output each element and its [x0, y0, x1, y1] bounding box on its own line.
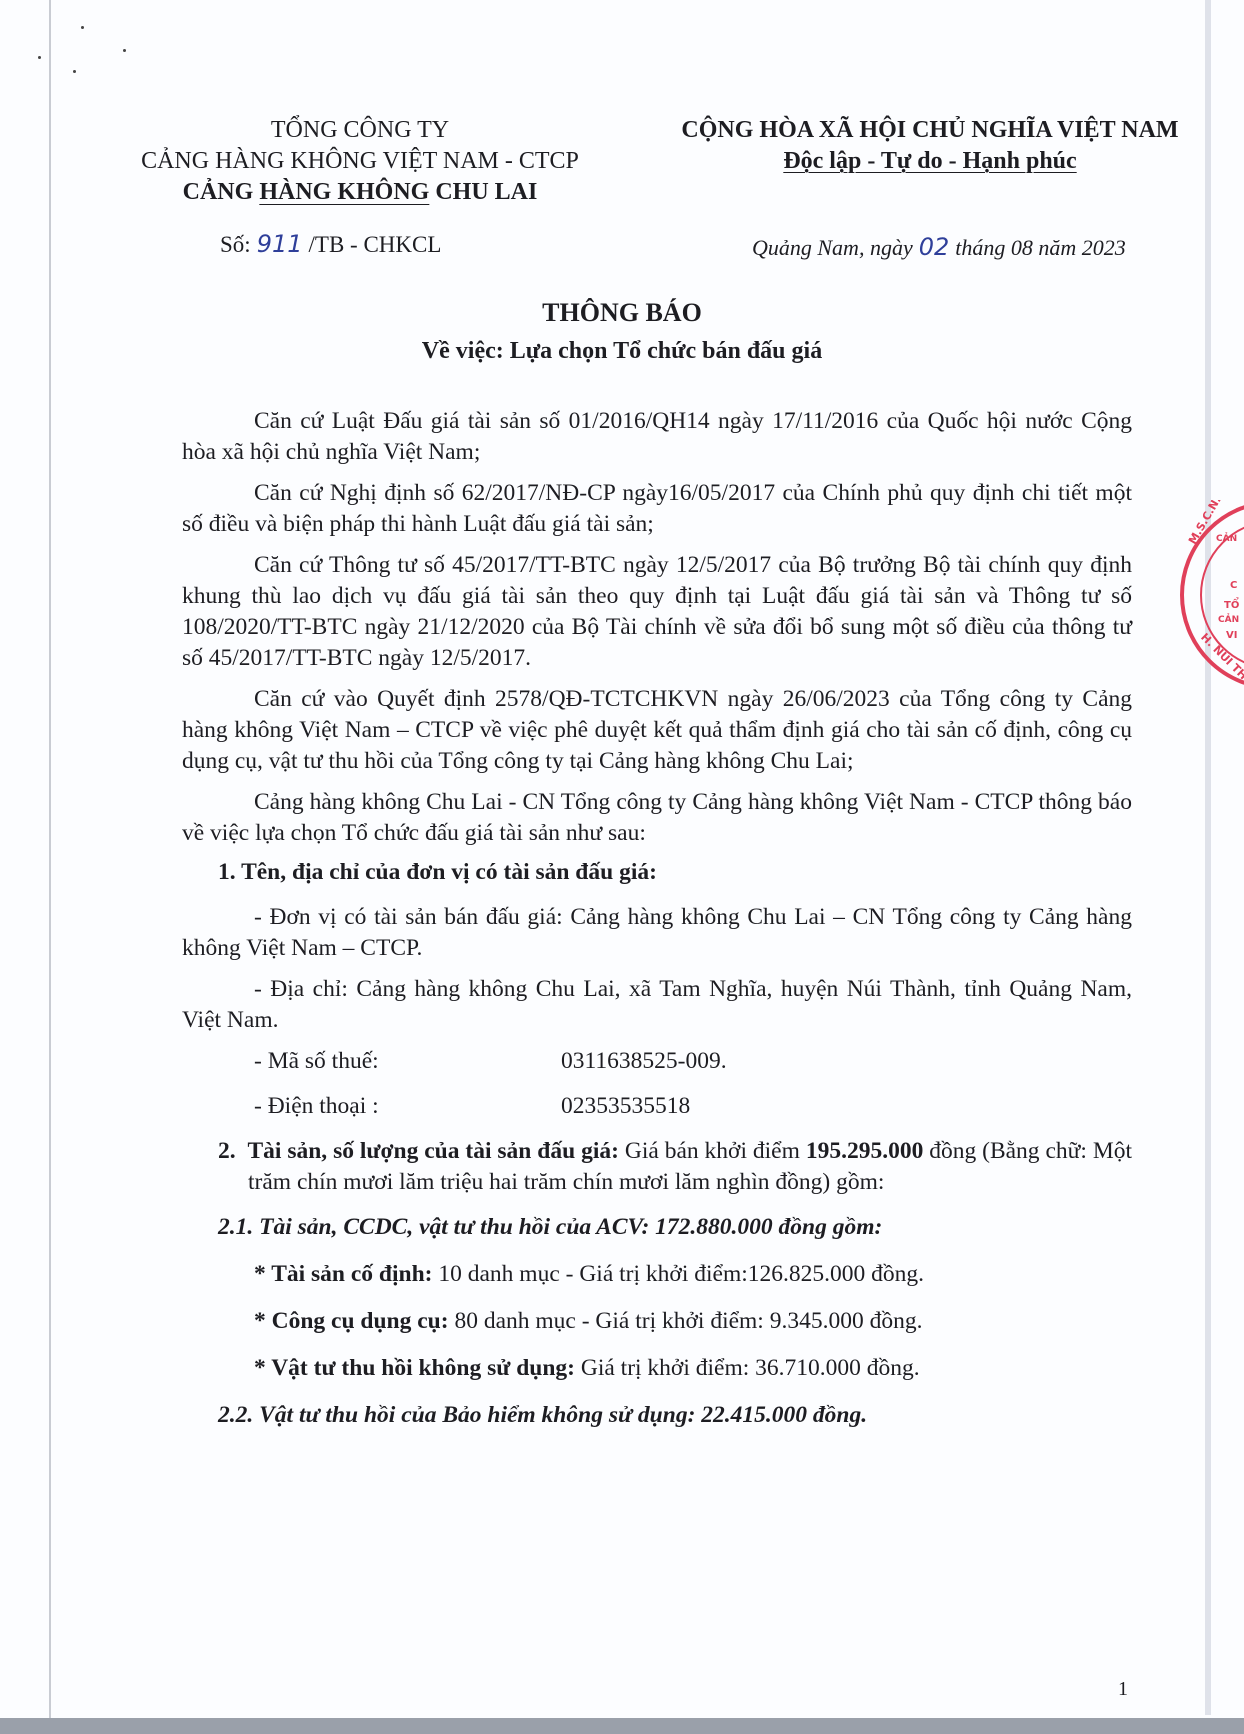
section-1-heading: 1. Tên, địa chỉ của đơn vị có tài sản đấ… — [218, 857, 1132, 888]
section-2: 2. Tài sản, số lượng của tài sản đấu giá… — [218, 1136, 1132, 1198]
legal-basis-paragraph: Căn cứ vào Quyết định 2578/QĐ-TCTCHKVN n… — [182, 684, 1132, 777]
date-suffix: tháng 08 năm 2023 — [955, 235, 1126, 260]
org-parent-line2: CẢNG HÀNG KHÔNG VIỆT NAM - CTCP — [110, 146, 610, 177]
scan-edge-left — [49, 0, 51, 1734]
document-body: Căn cứ Luật Đấu giá tài sản số 01/2016/Q… — [182, 406, 1132, 1447]
tax-code-label: - Mã số thuế: — [254, 1046, 561, 1077]
section-2-number: 2. — [218, 1138, 236, 1164]
scan-speck — [38, 56, 41, 59]
asset-item-text: 80 danh mục - Giá trị khởi điểm: 9.345.0… — [449, 1308, 923, 1334]
date-prefix: Quảng Nam, ngày — [752, 235, 913, 260]
org-parent-line1: TỔNG CÔNG TY — [110, 115, 610, 146]
org-unit-part: CHU LAI — [429, 179, 537, 205]
asset-item-label: * Công cụ dụng cụ: — [254, 1308, 449, 1334]
stamp-inner-text: CẢN — [1218, 615, 1239, 625]
tax-code-row: - Mã số thuế: 0311638525-009. — [254, 1046, 1132, 1077]
asset-item: * Tài sản cố định: 10 danh mục - Giá trị… — [254, 1259, 1132, 1290]
stamp-inner-text: VI — [1226, 630, 1237, 641]
asset-item: * Công cụ dụng cụ: 80 danh mục - Giá trị… — [254, 1306, 1132, 1337]
org-unit: CẢNG HÀNG KHÔNG CHU LAI — [110, 177, 610, 208]
stamp-inner-text: CẢN — [1216, 534, 1237, 544]
legal-basis-paragraph: Căn cứ Thông tư số 45/2017/TT-BTC ngày 1… — [182, 550, 1132, 674]
document-subtitle: Về việc: Lựa chọn Tổ chức bán đấu giá — [0, 338, 1244, 365]
phone-label: - Điện thoại : — [254, 1091, 561, 1122]
section-1-address: - Địa chỉ: Cảng hàng không Chu Lai, xã T… — [182, 974, 1132, 1036]
scan-speck — [81, 26, 84, 29]
document-title: THÔNG BÁO — [0, 298, 1244, 328]
page-number: 1 — [1118, 1678, 1128, 1701]
section-2-text: Giá bán khởi điểm — [619, 1138, 806, 1164]
document-number: Số:911/TB - CHKCL — [220, 230, 441, 258]
scan-speck — [73, 70, 76, 73]
asset-item: * Vật tư thu hồi không sử dụng: Giá trị … — [254, 1353, 1132, 1384]
tax-code-value: 0311638525-009. — [561, 1046, 727, 1077]
asset-item-label: * Tài sản cố định: — [254, 1261, 433, 1287]
stamp-inner-text: TỔ — [1224, 600, 1239, 611]
announcement-paragraph: Cảng hàng không Chu Lai - CN Tổng công t… — [182, 787, 1132, 849]
phone-row: - Điện thoại : 02353535518 — [254, 1091, 1132, 1122]
section-1-unit: - Đơn vị có tài sản bán đấu giá: Cảng hà… — [182, 902, 1132, 964]
country-name: CỘNG HÒA XÃ HỘI CHỦ NGHĨA VIỆT NAM — [650, 115, 1210, 146]
document-date: Quảng Nam, ngày02tháng 08 năm 2023 — [752, 233, 1126, 261]
phone-value: 02353535518 — [561, 1091, 690, 1122]
asset-item-text: Giá trị khởi điểm: 36.710.000 đồng. — [575, 1355, 920, 1381]
legal-basis-paragraph: Căn cứ Luật Đấu giá tài sản số 01/2016/Q… — [182, 406, 1132, 468]
org-unit-part: HÀNG KHÔNG — [259, 179, 429, 205]
asset-item-label: * Vật tư thu hồi không sử dụng: — [254, 1355, 575, 1381]
scan-edge-right — [1205, 0, 1211, 1715]
scan-speck — [123, 49, 126, 52]
subsection-2-2: 2.2. Vật tư thu hồi của Bảo hiểm không s… — [218, 1400, 1132, 1431]
starting-price-total: 195.295.000 — [806, 1138, 924, 1164]
asset-item-text: 10 danh mục - Giá trị khởi điểm:126.825.… — [433, 1261, 925, 1287]
legal-basis-paragraph: Căn cứ Nghị định số 62/2017/NĐ-CP ngày16… — [182, 478, 1132, 540]
doc-number-handwritten: 911 — [251, 230, 309, 258]
subsection-2-1: 2.1. Tài sản, CCDC, vật tư thu hồi của A… — [218, 1212, 1132, 1243]
doc-number-prefix: Số: — [220, 232, 251, 257]
section-2-heading: Tài sản, số lượng của tài sản đấu giá: — [247, 1138, 619, 1164]
national-heading: CỘNG HÒA XÃ HỘI CHỦ NGHĨA VIỆT NAM Độc l… — [650, 115, 1210, 177]
document-page: TỔNG CÔNG TY CẢNG HÀNG KHÔNG VIỆT NAM - … — [0, 0, 1244, 1734]
stamp-inner-text: C — [1230, 580, 1237, 591]
date-day-handwritten: 02 — [913, 233, 956, 261]
org-unit-part: CẢNG — [183, 179, 260, 205]
national-motto: Độc lập - Tự do - Hạnh phúc — [783, 148, 1076, 174]
doc-number-suffix: /TB - CHKCL — [309, 232, 442, 257]
issuing-organization: TỔNG CÔNG TY CẢNG HÀNG KHÔNG VIỆT NAM - … — [110, 115, 610, 208]
scan-bottom-border — [0, 1718, 1244, 1734]
official-stamp: M.S.C.N: 03116 H. NÚI TH CẢN C TỔ CẢN VI — [1180, 500, 1244, 700]
